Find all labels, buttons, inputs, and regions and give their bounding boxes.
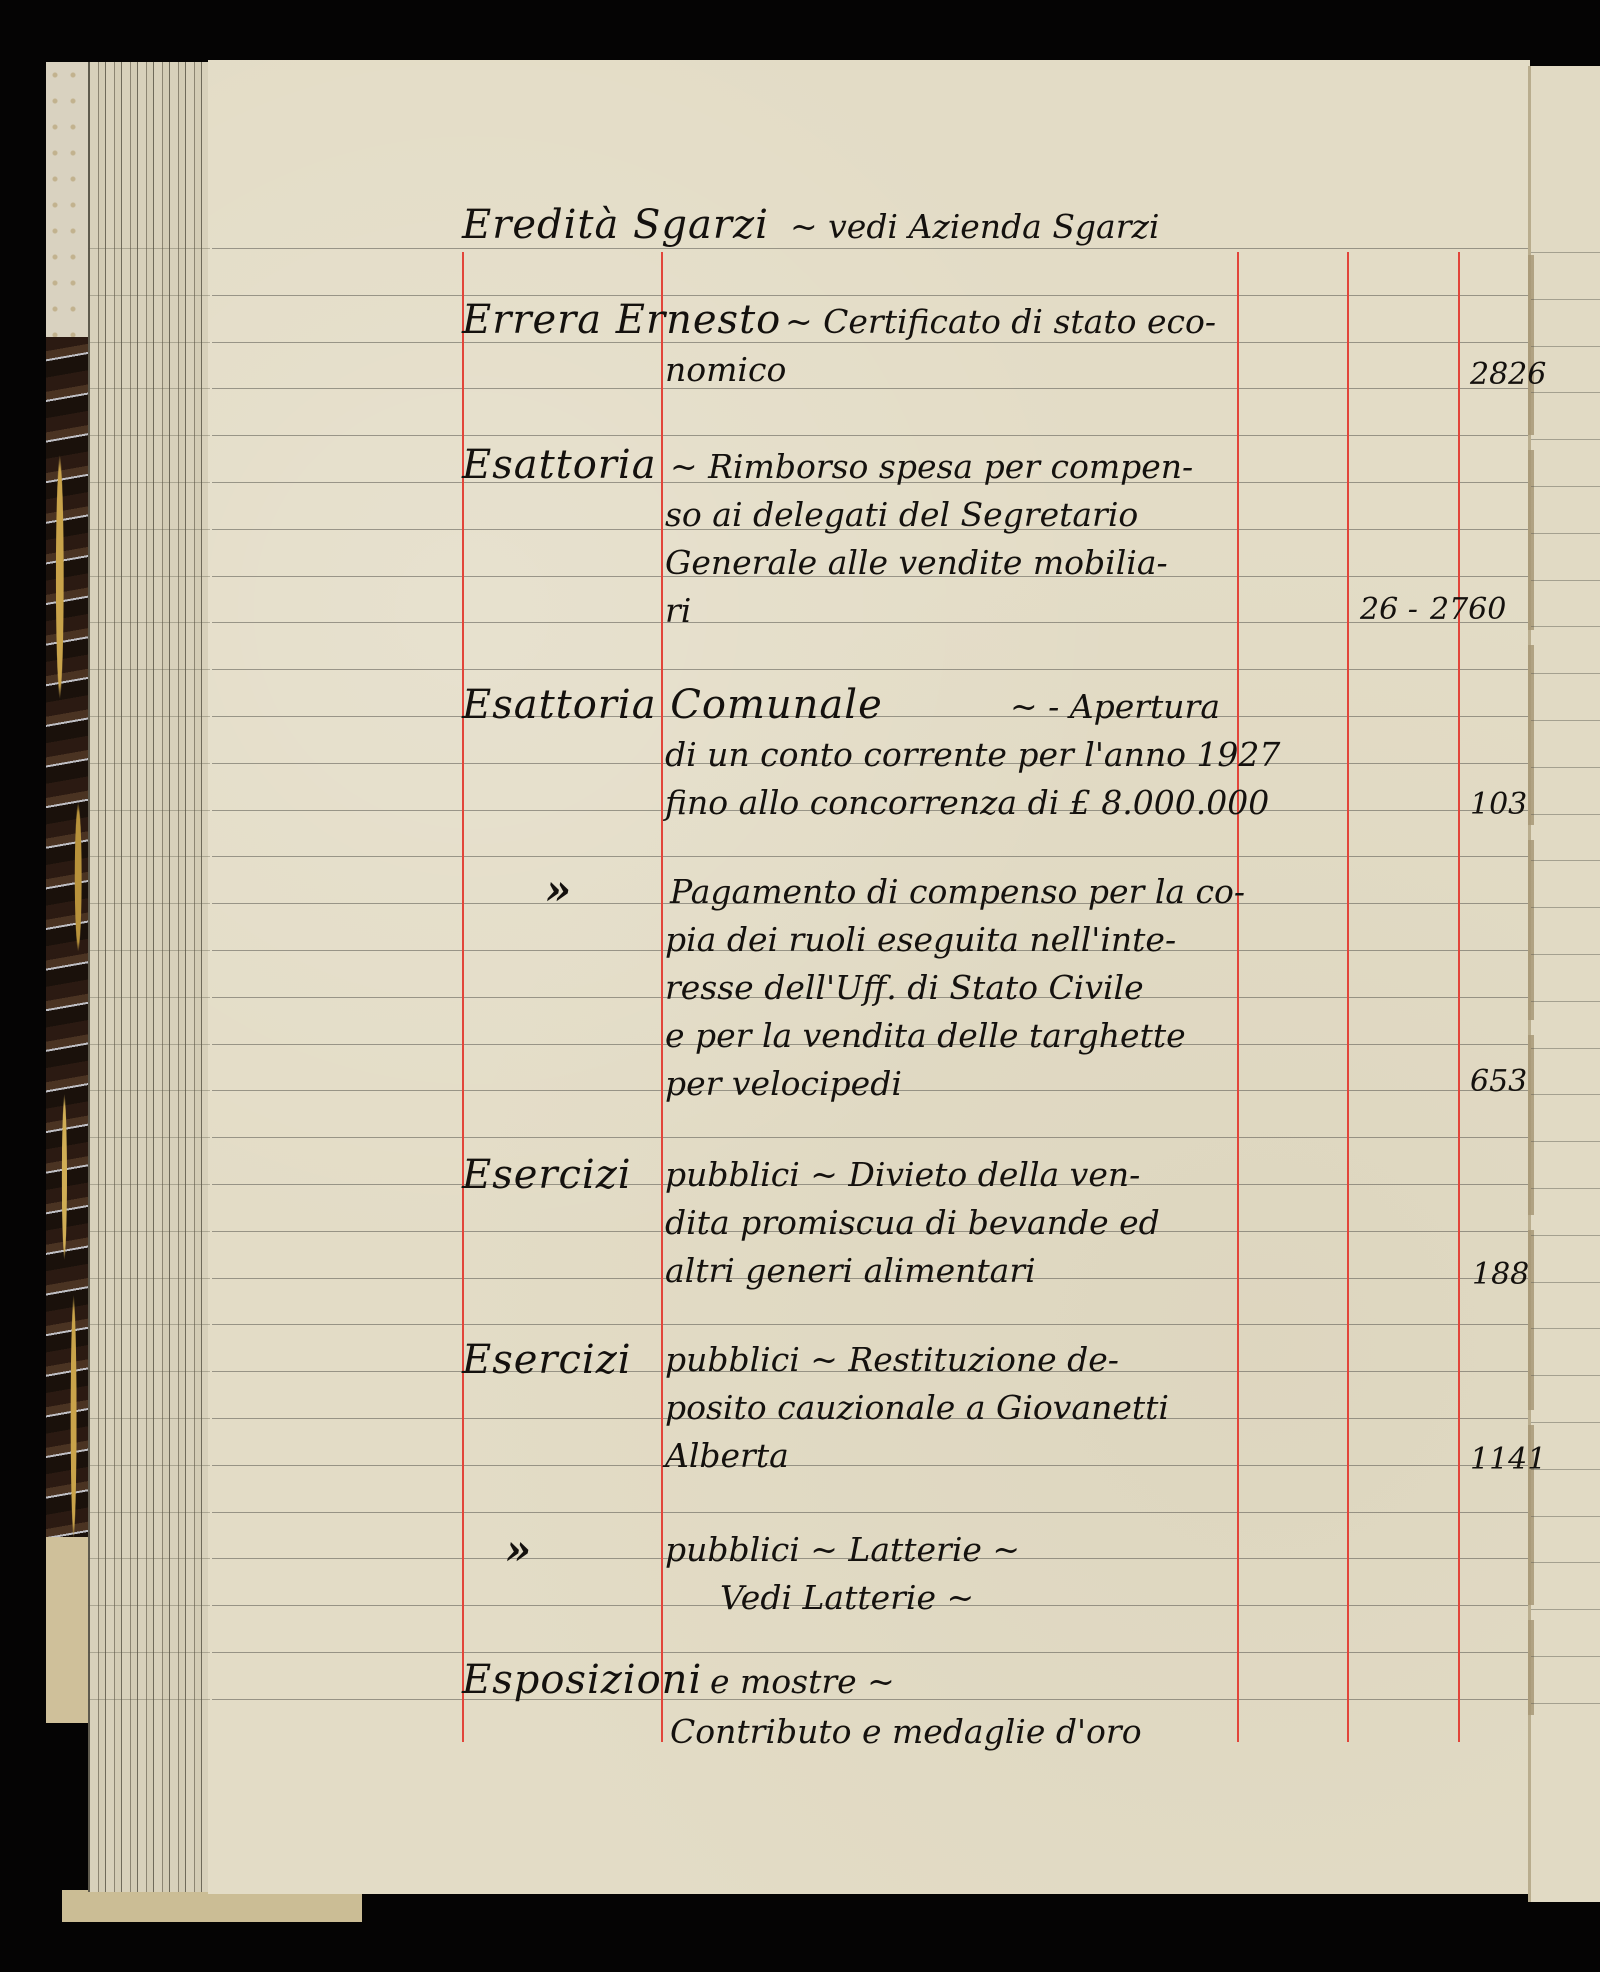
facing-page-ruled-line (1531, 1188, 1600, 1189)
facing-page-ruled-line (1531, 1422, 1600, 1423)
facing-page-ruled-line (1531, 1001, 1600, 1002)
facing-page-ruled-line (1531, 1282, 1600, 1283)
page-stack-rule (88, 856, 210, 857)
entry-page-ref: 2760 (1430, 590, 1506, 630)
facing-page-ruled-line (1531, 486, 1600, 487)
entry-description: altri generi alimentari (665, 1251, 1036, 1291)
entry-heading: Errera Ernesto (462, 300, 781, 340)
facing-page-ruled-line (1531, 252, 1600, 253)
facing-page-ruled-line (1531, 860, 1600, 861)
ruled-line (212, 1652, 1528, 1653)
entry-description: Vedi Latterie ~ (720, 1578, 974, 1618)
page-stack-rule (88, 997, 210, 998)
red-column-line-2 (661, 252, 663, 1742)
entry-description: Pagamento di compenso per la co- (670, 872, 1245, 912)
ruled-line (212, 1324, 1528, 1325)
facing-page-ruled-line (1531, 814, 1600, 815)
entry-description: fino allo concorrenza di £ 8.000.000 (665, 783, 1269, 823)
facing-page-ruled-line (1531, 907, 1600, 908)
page-stack-rule (88, 576, 210, 577)
entry-description: pubblici ~ Divieto della ven- (665, 1155, 1140, 1195)
page-stack-rule (88, 1512, 210, 1513)
ditto-mark: » (505, 1530, 531, 1570)
page-stack-rule (88, 342, 210, 343)
facing-page-ruled-line (1531, 1656, 1600, 1657)
page-stack-rule (88, 763, 210, 764)
page-stack-rule (88, 1371, 210, 1372)
red-column-line-4 (1347, 252, 1349, 1742)
entry-description: di un conto corrente per l'anno 1927 (665, 735, 1280, 775)
entry-description: ~ - Apertura (1010, 687, 1220, 727)
entry-description: nomico (665, 350, 786, 390)
entry-description: Generale alle vendite mobilia- (665, 543, 1168, 583)
page-stack-rule (88, 1044, 210, 1045)
page-stack-rule (88, 435, 210, 436)
facing-page-ruled-line (1531, 1094, 1600, 1095)
facing-page-ruled-line (1531, 580, 1600, 581)
book-cover-flap (62, 1890, 362, 1922)
page-stack-rule (88, 248, 210, 249)
page-stack-rule (88, 1652, 210, 1653)
entry-heading: Esercizi (462, 1155, 632, 1195)
ruled-line (212, 1512, 1528, 1513)
entry-description: resse dell'Uff. di Stato Civile (665, 968, 1144, 1008)
red-column-line-5 (1458, 252, 1460, 1742)
facing-page-ruled-line (1531, 1141, 1600, 1142)
facing-page-ruled-line (1531, 626, 1600, 627)
ruled-line (212, 1465, 1528, 1466)
page-stack-rule (88, 669, 210, 670)
page-stack-rule (88, 903, 210, 904)
entry-description: e per la vendita delle targhette (665, 1016, 1186, 1056)
book-cover-top (46, 62, 94, 338)
facing-page-ruled-line (1531, 439, 1600, 440)
entry-description: Alberta (665, 1436, 789, 1476)
binding-thread (1528, 255, 1534, 1715)
book-cover-bottom (46, 1537, 94, 1723)
page-stack-rule (88, 1324, 210, 1325)
entry-description: pia dei ruoli eseguita nell'inte- (665, 920, 1176, 960)
page-stack-rule (88, 295, 210, 296)
entry-page-ref: 653 (1470, 1062, 1527, 1102)
facing-page-ruled-line (1531, 1516, 1600, 1517)
page-stack-rule (88, 1605, 210, 1606)
facing-page-ruled-line (1531, 299, 1600, 300)
entry-description: ~ Rimborso spesa per compen- (670, 447, 1193, 487)
facing-page-ruled-line (1531, 767, 1600, 768)
entry-description: Contributo e medaglie d'oro (670, 1712, 1142, 1752)
page-stack-rule (88, 1184, 210, 1185)
red-column-line-3 (1237, 252, 1239, 1742)
page-stack-rule (88, 1558, 210, 1559)
entry-description: pubblici ~ Restituzione de- (665, 1340, 1119, 1380)
page-stack-rule (88, 1137, 210, 1138)
ruled-line (212, 856, 1528, 857)
marbled-cover (46, 337, 92, 1537)
facing-page-ruled-line (1531, 1703, 1600, 1704)
entry-volume-ref: 26 - (1360, 590, 1418, 630)
ruled-line (212, 342, 1528, 343)
facing-page-ruled-line (1531, 720, 1600, 721)
entry-heading: Esattoria Comunale (462, 685, 883, 725)
facing-page-ruled-line (1531, 1048, 1600, 1049)
ruled-line (212, 1137, 1528, 1138)
facing-page (1528, 66, 1600, 1902)
entry-description: ~ Certificato di stato eco- (785, 302, 1216, 342)
ditto-mark: » (545, 870, 571, 910)
facing-page-ruled-line (1531, 1375, 1600, 1376)
ruled-line (212, 435, 1528, 436)
page-stack-rule (88, 1418, 210, 1419)
ruled-line (212, 669, 1528, 670)
entry-heading: Esattoria (462, 445, 657, 485)
page-stack-rule (88, 1090, 210, 1091)
page-stack-edges (88, 62, 212, 1892)
entry-description: e mostre ~ (710, 1662, 895, 1702)
ruled-line (212, 388, 1528, 389)
entry-description: pubblici ~ Latterie ~ (665, 1530, 1020, 1570)
entry-heading: Esposizioni (462, 1660, 702, 1700)
facing-page-ruled-line (1531, 1562, 1600, 1563)
page-stack-rule (88, 1699, 210, 1700)
page-stack-rule (88, 1231, 210, 1232)
facing-page-ruled-line (1531, 1328, 1600, 1329)
ruled-line (212, 248, 1528, 249)
entry-page-ref: 103 (1470, 785, 1527, 825)
entry-heading: Eredità Sgarzi (462, 205, 769, 245)
page-stack-rule (88, 1278, 210, 1279)
page-stack-rule (88, 622, 210, 623)
page-stack-rule (88, 388, 210, 389)
entry-description: per velocipedi (665, 1064, 902, 1104)
facing-page-ruled-line (1531, 1235, 1600, 1236)
entry-page-ref: 188 (1472, 1255, 1529, 1295)
page-stack-rule (88, 529, 210, 530)
facing-page-ruled-line (1531, 673, 1600, 674)
entry-description: ~ vedi Azienda Sgarzi (790, 207, 1159, 247)
entry-description: so ai delegati del Segretario (665, 495, 1138, 535)
facing-page-ruled-line (1531, 954, 1600, 955)
page-stack-rule (88, 810, 210, 811)
page-stack-rule (88, 950, 210, 951)
facing-page-ruled-line (1531, 346, 1600, 347)
page-stack-rule (88, 1465, 210, 1466)
ruled-line (212, 622, 1528, 623)
entry-description: ri (665, 591, 691, 631)
page-stack-rule (88, 482, 210, 483)
entry-description: posito cauzionale a Giovanetti (665, 1388, 1169, 1428)
entry-heading: Esercizi (462, 1340, 632, 1380)
page-stack-rule (88, 716, 210, 717)
facing-page-ruled-line (1531, 1609, 1600, 1610)
entry-description: dita promiscua di bevande ed (665, 1203, 1160, 1243)
entry-page-ref: 2826 (1470, 355, 1546, 395)
entry-page-ref: 1141 (1470, 1440, 1546, 1480)
facing-page-ruled-line (1531, 533, 1600, 534)
ruled-line (212, 295, 1528, 296)
